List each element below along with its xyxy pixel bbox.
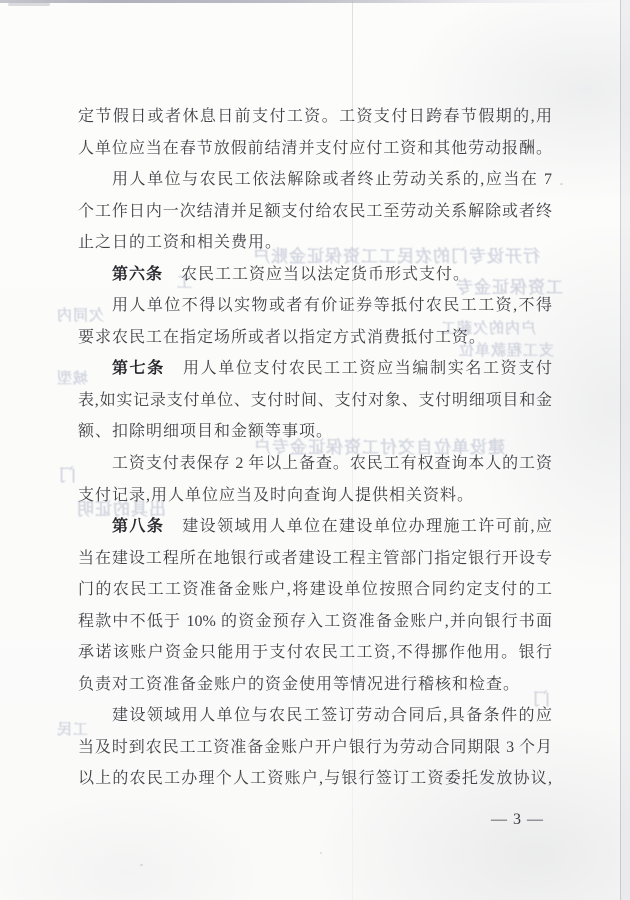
article-heading: 第八条 [112,518,164,535]
text-line: 定节假日或者休息日前支付工资。工资支付日跨春节假期的,用 [78,101,552,133]
text-line: 程款中不低于 10% 的资金预存入工资准备金账户,并向银行书面 [78,606,552,638]
text-line: 表,如实记录支付单位、支付时间、支付对象、支付明细项目和金 [78,385,552,417]
scan-top-smudge [8,3,50,6]
text-line: 第八条建设领域用人单位在建设单位办理施工许可前,应 [78,511,552,543]
text-line: 个工作日内一次结清并足额支付给农民工至劳动关系解除或者终 [78,196,552,228]
text-line: 第七条用人单位支付农民工工资应当编制实名工资支付 [78,353,552,385]
text-line: 用人单位不得以实物或者有价证券等抵付农民工工资,不得 [78,290,552,322]
scan-speck [140,864,143,866]
text-line: 当及时到农民工工资准备金账户开户银行为劳动合同期限 3 个月 [78,732,552,764]
text-line: 建设领域用人单位与农民工签订劳动合同后,具备条件的应 [78,700,552,732]
page-right-edge-line [620,0,621,900]
scan-top-edge [0,0,630,3]
article-text: 用人单位支付农民工工资应当编制实名工资支付 [183,360,552,377]
bleedthrough-text: 门 [58,461,76,486]
text-line: 负责对工资准备金账户的资金使用等情况进行稽核和检查。 [78,669,552,701]
text-line: 要求农民工在指定场所或者以指定方式消费抵付工资。 [78,322,552,354]
document-text-block: 定节假日或者休息日前支付工资。工资支付日跨春节假期的,用 人单位应当在春节放假前… [78,101,552,795]
text-line: 以上的农民工办理个人工资账户,与银行签订工资委托发放协议, [78,763,552,795]
scanned-document-page: { "colors": { "paper": "#fbfbfa", "text"… [0,0,630,900]
scan-speck [320,852,322,854]
text-line: 工资支付表保存 2 年以上备查。农民工有权查询本人的工资 [78,448,552,480]
text-line: 门的农民工工资准备金账户,将建设单位按照合同约定支付的工 [78,574,552,606]
page-right-edge-shade [621,0,630,900]
article-text: 农民工工资应当以法定货币形式支付。 [181,266,470,283]
text-line: 当在建设工程所在地银行或者建设工程主管部门指定银行开设专 [78,543,552,575]
article-heading: 第七条 [112,360,165,377]
article-heading: 第六条 [112,266,163,283]
page-number: — 3 — [491,811,544,829]
text-line: 第六条农民工工资应当以法定货币形式支付。 [78,259,552,291]
scan-speck [560,183,563,185]
text-line: 支付记录,用人单位应当及时向查询人提供相关资料。 [78,480,552,512]
text-line: 用人单位与农民工依法解除或者终止劳动关系的,应当在 7 [78,164,552,196]
text-line: 止之日的工资和相关费用。 [78,227,552,259]
text-line: 额、扣除明细项目和金额等事项。 [78,416,552,448]
text-line: 人单位应当在春节放假前结清并支付应付工资和其他劳动报酬。 [78,133,552,165]
article-text: 建设领域用人单位在建设单位办理施工许可前,应 [182,518,552,535]
text-line: 承诺该账户资金只能用于支付农民工工资,不得挪作他用。银行 [78,637,552,669]
